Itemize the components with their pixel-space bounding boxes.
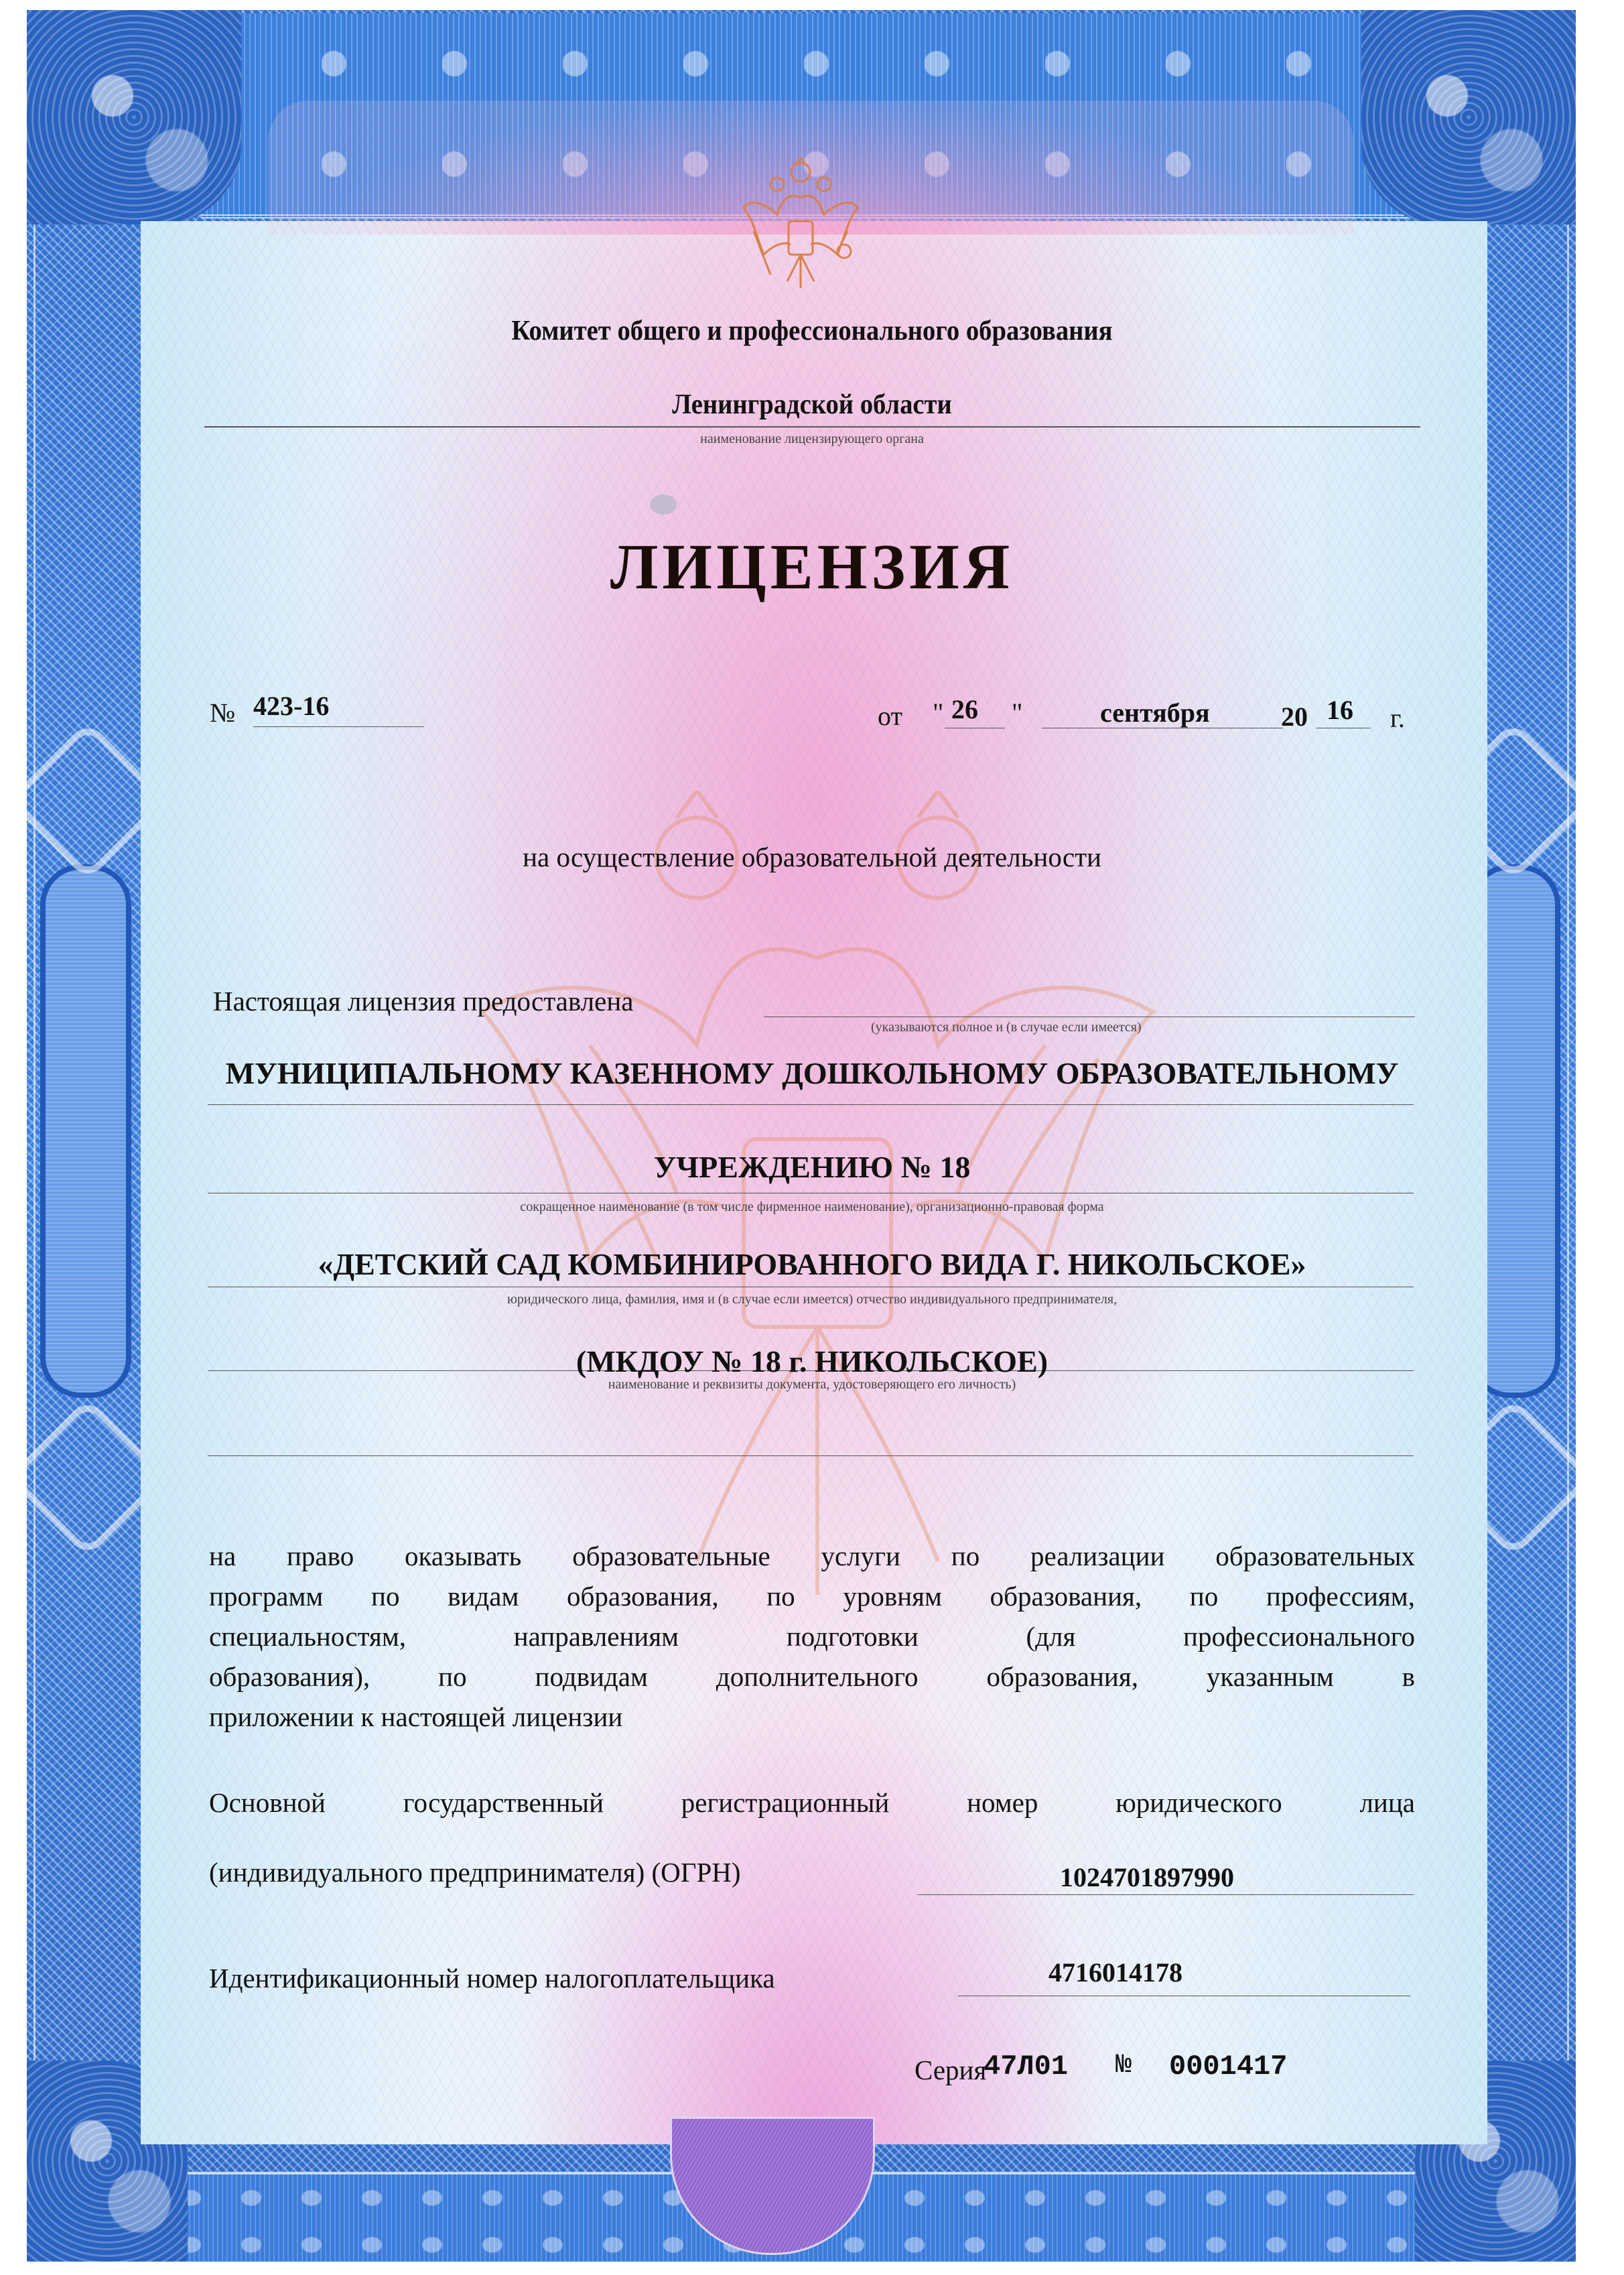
russian-eagle-emblem-icon — [740, 157, 861, 291]
license-number-value: 423-16 — [253, 690, 329, 722]
rights-line: специальностям, направлениям подготовки … — [209, 1616, 1415, 1656]
org-line2-underline — [208, 1193, 1414, 1193]
date-open-quote: " — [933, 697, 943, 728]
org-line3-underline — [208, 1287, 1414, 1287]
issuer-name-line1: Комитет общего и профессионального образ… — [65, 315, 1559, 347]
caption-legal-entity: юридического лица, фамилия, имя и (в слу… — [0, 1292, 1624, 1307]
granted-to-underline — [764, 1017, 1415, 1017]
date-day-underline — [945, 728, 1005, 728]
side-panel-left — [40, 864, 131, 1398]
serial-number-value: 0001417 — [1169, 2051, 1287, 2083]
rights-line: на право оказывать образовательные услуг… — [209, 1536, 1415, 1576]
rights-paragraph: на право оказывать образовательные услуг… — [209, 1536, 1415, 1737]
empty-underline — [208, 1455, 1414, 1456]
date-month: сентября — [1100, 697, 1210, 728]
license-purpose: на осуществление образовательной деятель… — [0, 841, 1624, 873]
org-name-line1: МУНИЦИПАЛЬНОМУ КАЗЕННОМУ ДОШКОЛЬНОМУ ОБР… — [209, 1055, 1415, 1091]
date-year-unit: г. — [1390, 702, 1405, 734]
inn-label: Идентификационный номер налогоплательщик… — [209, 1962, 775, 1994]
corner-ornament-top-right — [1361, 10, 1576, 224]
serial-number-label: № — [1115, 2051, 1132, 2081]
issuer-caption: наименование лицензирующего органа — [0, 432, 1624, 447]
inn-underline — [958, 1996, 1410, 1996]
granted-to-label: Настоящая лицензия предоставлена — [213, 985, 633, 1017]
issuer-underline — [204, 426, 1420, 428]
caption-identity-document: наименование и реквизиты документа, удос… — [0, 1377, 1624, 1392]
org-line1-underline — [208, 1104, 1414, 1105]
date-year-underline — [1316, 728, 1370, 728]
caption-full-name: (указываются полное и (в случае если име… — [871, 1020, 1142, 1035]
date-month-underline — [1042, 728, 1283, 728]
corner-ornament-top-left — [27, 10, 241, 224]
rights-line: образования), по подвидам дополнительног… — [209, 1656, 1415, 1697]
date-day: 26 — [951, 694, 978, 725]
issuer-name-line2: Ленинградской области — [65, 389, 1559, 421]
org-name-line2: УЧРЕЖДЕНИЮ № 18 — [0, 1149, 1624, 1185]
scan-smudge — [650, 495, 677, 515]
rights-line: программ по видам образования, по уровня… — [209, 1576, 1415, 1616]
org-short-name: (МКДОУ № 18 г. НИКОЛЬСКОЕ) — [0, 1344, 1624, 1379]
series-label: Серия — [915, 2054, 986, 2086]
org-name-line3: «ДЕТСКИЙ САД КОМБИНИРОВАННОГО ВИДА Г. НИ… — [0, 1246, 1624, 1282]
ogrn-value: 1024701897990 — [1060, 1862, 1234, 1893]
document-title: ЛИЦЕНЗИЯ — [0, 529, 1624, 604]
date-prefix: от — [878, 700, 902, 732]
series-value: 47Л01 — [984, 2051, 1068, 2083]
license-number-underline — [253, 726, 424, 727]
date-close-quote: " — [1012, 697, 1022, 728]
ogrn-underline — [918, 1894, 1414, 1895]
ogrn-label-line1: Основной государственный регистрационный… — [209, 1782, 1415, 1823]
inn-value: 4716014178 — [1048, 1957, 1182, 1988]
rights-line: приложении к настоящей лицензии — [209, 1697, 1415, 1737]
caption-short-name: сокращенное наименование (в том числе фи… — [0, 1199, 1624, 1215]
date-year-suffix: 16 — [1327, 694, 1353, 726]
license-number-label: № — [210, 697, 235, 728]
date-year-prefix: 20 — [1281, 701, 1308, 732]
ogrn-label-line2: (индивидуального предпринимателя) (ОГРН) — [209, 1856, 741, 1888]
ogrn-label-block: Основной государственный регистрационный… — [209, 1782, 1415, 1823]
